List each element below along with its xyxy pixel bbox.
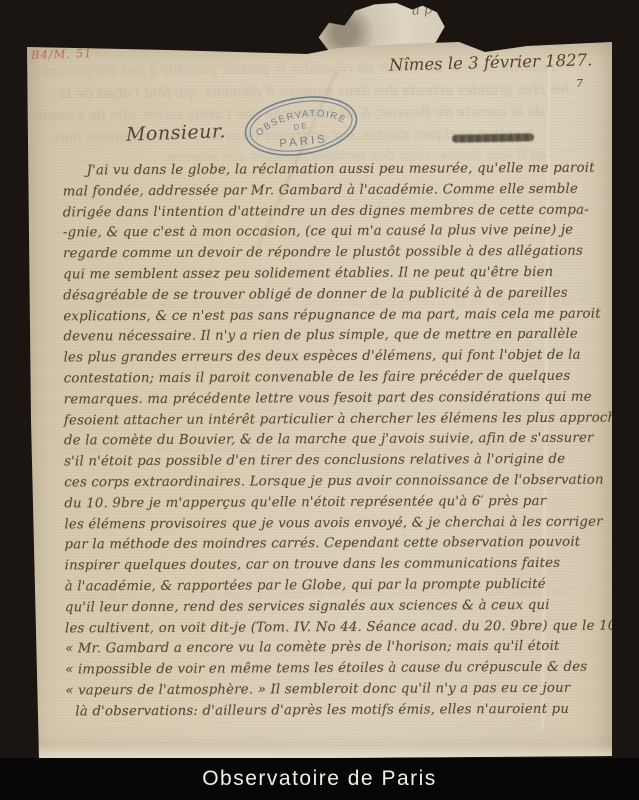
letter-line: dirigée dans l'intention d'atteindre un … <box>63 200 611 224</box>
letter-line: mal fondée, addressée par Mr. Gambard à … <box>63 179 611 203</box>
letter-line: fesoient attacher un intérêt particulier… <box>64 408 612 432</box>
letter-line: « vapeurs de l'atmosphère. » Il semblero… <box>65 678 613 702</box>
letter-line: inspirer quelques doutes, car on trouve … <box>65 554 613 578</box>
letter-line: les élémens provisoires que je vous avoi… <box>64 512 612 536</box>
letter-line: les cultivent, on voit dit-je (Tom. IV. … <box>65 616 613 640</box>
letter-line: J'ai vu dans le globe, la réclamation au… <box>63 159 611 183</box>
caption-label: Observatoire de Paris <box>202 767 437 791</box>
folio-number: 7 <box>576 77 583 90</box>
letter-line: là d'observations: d'ailleurs d'après le… <box>65 699 613 723</box>
stamp-oval-icon: OBSERVATOIRE DE PARIS <box>237 86 365 166</box>
scrap-handwriting-fragment: a p <box>411 2 432 18</box>
letter-sheet: regarde comme un devoir de répondre le p… <box>27 40 612 758</box>
letter-line: ces corps extraordinaires. Lorsque je pu… <box>64 471 612 495</box>
letter-line: s'il n'étoit pas possible d'en tirer des… <box>64 450 612 474</box>
archive-shelfmark-label: B4/M. 51 <box>31 46 93 62</box>
dateline: Nîmes le 3 février 1827. <box>389 50 593 74</box>
letter-line: à l'académie, & rapportées par le Globe,… <box>65 575 613 599</box>
scribbled-out-word <box>452 133 534 142</box>
stamp-text-bottom: PARIS <box>279 133 329 150</box>
letter-line: qui me semblent assez peu solidement éta… <box>63 263 611 287</box>
letter-line: de la comète du Bouvier, & de la marche … <box>64 429 612 453</box>
letter-line: les plus grandes erreurs des deux espèce… <box>64 346 612 370</box>
letter-line: contestation; mais il paroit convenable … <box>64 367 612 391</box>
salutation: Monsieur. <box>126 120 227 145</box>
letter-body: J'ai vu dans le globe, la réclamation au… <box>63 159 614 723</box>
stamp-text-middle: DE <box>293 121 309 132</box>
letter-line: regarde comme un devoir de répondre le p… <box>63 242 611 266</box>
letter-line: qu'il leur donne, rend des services sign… <box>65 595 613 619</box>
scanned-letter-page: a p regarde comme un devoir de répondre … <box>0 0 639 800</box>
letter-line: du 10. 9bre je m'apperçus qu'elle n'étoi… <box>64 491 612 515</box>
letter-line: remarques. ma précédente lettre vous fes… <box>64 387 612 411</box>
letter-line: « impossible de voir en même tems les ét… <box>65 658 613 682</box>
letter-line: désagréable de se trouver obligé de donn… <box>63 283 611 307</box>
letter-line: « Mr. Gambard a encore vu la comète près… <box>65 637 613 661</box>
observatoire-de-paris-stamp: OBSERVATOIRE DE PARIS <box>237 86 365 166</box>
letter-line: par la méthode des moindres carrés. Cepe… <box>64 533 612 557</box>
letter-line: devenu nécessaire. Il n'y a rien de plus… <box>63 325 611 349</box>
letter-line: explications, & ce n'est pas sans répugn… <box>63 304 611 328</box>
letter-line: -gnie, & que c'est à mon occasion, (ce q… <box>63 221 611 245</box>
page-bottom-edge-highlight <box>27 744 612 758</box>
caption-bar: Observatoire de Paris <box>0 758 639 800</box>
